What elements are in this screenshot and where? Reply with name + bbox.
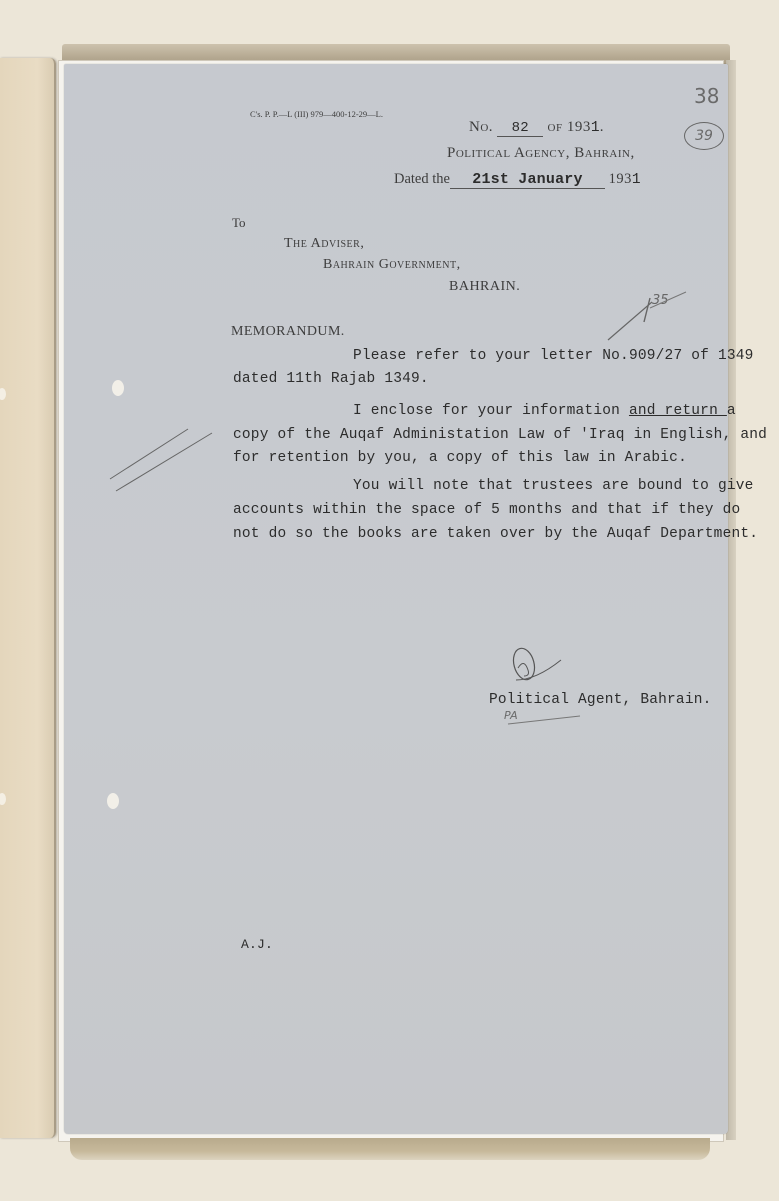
circled-folio-number: 39: [684, 122, 724, 150]
punch-hole: [112, 380, 124, 396]
year-typed: 1: [591, 120, 600, 136]
addressee-line-2: Bahrain Government,: [323, 257, 461, 273]
body-p2-line1: I enclose for your information and retur…: [353, 403, 736, 419]
date-year-typed: 1: [632, 172, 641, 188]
signatory-title: Political Agent, Bahrain.: [489, 692, 712, 708]
punch-hole: [0, 388, 6, 400]
to-label: To: [232, 215, 246, 231]
document-number: 82: [497, 120, 543, 137]
addressee-line-1: The Adviser,: [284, 236, 364, 252]
agency-name: Political Agency, Bahrain,: [447, 145, 635, 162]
date-line: Dated the21st January 1931: [394, 171, 641, 189]
date-year-printed: 193: [609, 171, 632, 187]
pencil-initials-underline: [504, 714, 584, 728]
binding-tape-bottom: [70, 1138, 710, 1160]
body-p2-line3: for retention by you, a copy of this law…: [233, 450, 687, 466]
no-label: No.: [469, 119, 493, 135]
folio-number: 38: [694, 84, 719, 108]
body-p3-line3: not do so the books are taken over by th…: [233, 526, 758, 542]
pencil-margin-marks: [104, 419, 214, 499]
document-number-line: No. 82 of 1931.: [469, 119, 604, 137]
dated-label: Dated the: [394, 171, 450, 187]
signature-initial-mark: [504, 644, 574, 699]
addressee-line-3: BAHRAIN.: [449, 279, 520, 295]
body-p3-line2: accounts within the space of 5 months an…: [233, 502, 740, 518]
date-value: 21st January: [450, 171, 605, 189]
punch-hole: [0, 793, 6, 805]
typist-initials: A.J.: [241, 937, 273, 952]
adjacent-left-page: [0, 58, 56, 1138]
memorandum-heading: MEMORANDUM.: [231, 324, 345, 340]
year-printed: 193: [567, 119, 591, 135]
pencil-annotation-stroke: 35: [604, 284, 694, 344]
body-p3-line1: You will note that trustees are bound to…: [353, 478, 754, 494]
body-p1-line1: Please refer to your letter No.909/27 of…: [353, 348, 754, 364]
underlined-phrase: and return: [629, 403, 727, 419]
memorandum-page: 38 39 C's. P. P.—L (III) 979—400-12-29—L…: [64, 64, 728, 1134]
of-label: of: [548, 119, 563, 135]
body-p1-line2: dated 11th Rajab 1349.: [233, 371, 429, 387]
form-reference: C's. P. P.—L (III) 979—400-12-29—L.: [250, 109, 383, 119]
body-p2-line2: copy of the Auqaf Administation Law of '…: [233, 427, 767, 443]
punch-hole: [107, 793, 119, 809]
